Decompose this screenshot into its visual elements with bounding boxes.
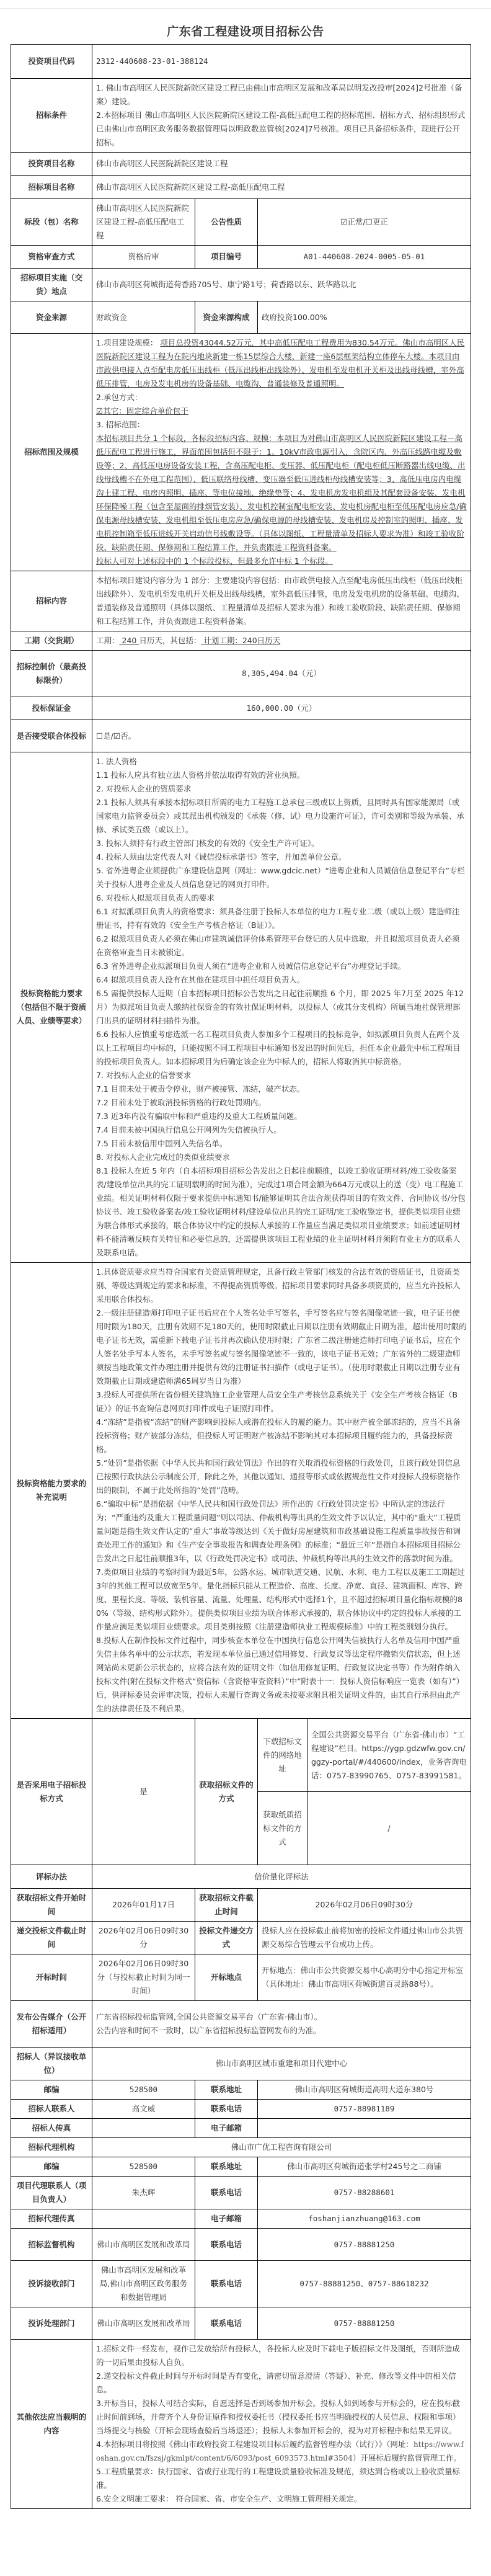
label-complaint-handle-phone: 联系电话 <box>195 2307 258 2340</box>
value-submit-deadline: 2026年02月06日09时30分 <box>92 1922 195 1954</box>
row-submit: 递交投标文件截止时间 2026年02月06日09时30分 投标文件递交方式 投标… <box>11 1922 471 1954</box>
media-line: 广东省招标投标监管网,全国公共资源交易平台（广东省·佛山市）。 <box>96 2010 467 2024</box>
value-period: 工期： 240 日历天，其包括： 计划工期：240日历天 <box>92 631 471 651</box>
label-section: 标段（包）名称 <box>11 199 92 246</box>
supp-line: 6.“骗取中标”是指依据《中华人民共和国行政处罚法》所作出的《行政处罚决定书》中… <box>96 1497 467 1566</box>
label-funding-composition: 资金来源构成 <box>195 301 258 334</box>
req-line: 5. 省外进粤企业须提供广东建设信息网（网址：www.gdcic.net）“进粤… <box>96 864 467 891</box>
label-agency: 招标代理机构 <box>11 2138 92 2157</box>
req-line: 7.1 目前未处于被责令停业，财产被接管、冻结，破产状态。 <box>96 1082 467 1096</box>
other-line-4: 4.本招标项目将按照《佛山市政府投资工程建设项目标后履约监督管理办法（试行）》（… <box>96 2438 467 2465</box>
label-supervision: 招标监督机构 <box>11 2229 92 2261</box>
row-tender-name: 招标项目名称 佛山市高明区人民医院新院区建设工程-高低压配电工程 <box>11 176 471 199</box>
label-media: 发布公告媒介（公开招标适用） <box>11 2001 92 2048</box>
scope-range-text: 本招标项目共分 1 个标段，各标段招标内容、规模：本项目为对佛山市高明区人民医院… <box>96 432 467 555</box>
label-funding: 资金来源 <box>11 301 92 334</box>
supp-line: 3.投标人可提供所在省份相关建筑施工企业管理人员安全生产考核信息系统关于《安全生… <box>96 1388 467 1415</box>
row-complaint-handle: 投诉处理部门 佛山市高明区发展和改革局 联系电话 0757-88881250 <box>11 2307 471 2340</box>
label-complaint-receive-phone: 联系电话 <box>195 2261 258 2307</box>
label-qualification: 资格审查方式 <box>11 246 92 269</box>
value-tenderer-phone: 0757-88981189 <box>258 2100 471 2119</box>
row-tenderer-person: 招标人联系人 高文威 联系电话 0757-88981189 <box>11 2100 471 2119</box>
value-tender-name: 佛山市高明区人民医院新院区建设工程-高低压配电工程 <box>92 176 471 199</box>
label-agency-person: 项目代理联系人（项目负责人） <box>11 2177 92 2209</box>
value-paper-method: / <box>307 1792 471 1865</box>
req-line: 1.1 投标人应具有独立法人资格并依法取得有效的营业执照。 <box>96 769 467 782</box>
value-tenderer-fax <box>92 2119 195 2138</box>
row-obtain-time: 获取招标文件开始时间 2026年01月17日 获取招标文件截止时间 2026年0… <box>11 1889 471 1922</box>
scope-scale-prefix: 1.项目建设规模： <box>96 338 160 347</box>
value-agency: 佛山市广优工程咨询有限公司 <box>92 2138 471 2157</box>
row-supplement: 投标资格能力要求的补充说明 1.具体资质要求应当符合国家有关资质管理规定，具备行… <box>11 1263 471 1719</box>
value-control-price: 8,305,494.04（元） <box>92 651 471 697</box>
value-agency-person: 朱杰辉 <box>92 2177 195 2209</box>
row-deposit: 投标保证金 160,000.00（元） <box>11 697 471 720</box>
other-line-4-suffix: ）开展标后履约监督管理工作。 <box>353 2453 461 2462</box>
row-qualification: 资格审查方式 资格后审 项目编号 A01-440608-2024-0005-05… <box>11 246 471 269</box>
label-opening-place: 开标地点 <box>195 1954 258 2001</box>
req-line: 2.1 投标人须具有承接本招标项目所需的电力工程施工总承包三级或以上资质，且同时… <box>96 796 467 837</box>
other-line: 3.开标当日，投标人可结合实际，自愿选择是否到场参加开标会。投标人如到场参与开标… <box>96 2397 467 2438</box>
top-bar <box>0 0 491 9</box>
value-nature: ☑正常/☐更正 <box>258 199 471 246</box>
other-line: 6.安全文明施工要求： 符合国家、省、市安全生产、文明施工管理相关规定。 <box>96 2492 467 2506</box>
label-conditions: 招标条件 <box>11 79 92 153</box>
label-control-price: 招标控制价（最高投标限价） <box>11 651 92 697</box>
value-project-code: A01-440608-2024-0005-05-01 <box>258 246 471 269</box>
value-opening-place: 开标地点：佛山市公共资源交易中心高明分中心指定开标室（具体地址：佛山市高明区荷城… <box>258 1954 471 2001</box>
value-complaint-handle: 佛山市高明区发展和改革局 <box>92 2307 195 2340</box>
value-investment-code: 2312-440608-23-01-388124 <box>92 45 471 79</box>
row-tenderer-fax: 招标人传真 电子邮箱 <box>11 2119 471 2138</box>
row-agency-fax: 招标代理传真 电子邮箱 foshanjianzhuang@163.com <box>11 2209 471 2229</box>
label-paper-method: 获取纸质招标文件的方式 <box>258 1792 307 1865</box>
value-tenderer-person: 高文威 <box>92 2100 195 2119</box>
req-line: 4. 投标人须由法定代表人对《诚信投标承诺书》签字，并加盖单位公章。 <box>96 850 467 864</box>
label-investment-name: 投资项目名称 <box>11 153 92 176</box>
supp-line: 2.一级注册建造师打印电子证书后应在个人签名处手写签名，手写签名应与签名图像笔迹… <box>96 1306 467 1388</box>
value-scope: 1.项目建设规模： 项目总投资43044.52万元，其中高低压配电工程费用为83… <box>92 334 471 571</box>
req-line: 6.2 拟派项目负责人必须在佛山市建筑诚信评价体系管理平台登记的人员中选取，并且… <box>96 932 467 960</box>
supp-line: 4.“冻结”是指被“冻结”的财产影响到投标人或潜在投标人的履约能力。其中财产被全… <box>96 1415 467 1456</box>
req-line: 7.3 近3年内没有骗取中标和严重违约及重大工程质量问题。 <box>96 1110 467 1123</box>
label-tenderer-fax: 招标人传真 <box>11 2119 92 2138</box>
value-supervision-phone: 0757-88881250 <box>258 2229 471 2261</box>
label-project-code: 项目编号 <box>195 246 258 269</box>
row-scope: 招标范围及规模 1.项目建设规模： 项目总投资43044.52万元，其中高低压配… <box>11 334 471 571</box>
req-line: 7. 对投标人企业的信誉要求 <box>96 1069 467 1082</box>
notice-table: 投资项目代码 2312-440608-23-01-388124 招标条件 1. … <box>11 44 471 2509</box>
row-electronic-download: 是否采用电子招标投标方式 是 获取招标文件的方式 下载招标文件的网络地址 全国公… <box>11 1719 471 1792</box>
value-download-address[interactable]: 全国公共资源交易平台（广东省·佛山市）“工程建设”栏目。https://ygp.… <box>307 1719 471 1792</box>
value-funding: 财政资金 <box>92 301 195 334</box>
page-title: 广东省工程建设项目招标公告 <box>0 22 491 39</box>
req-line: 6.5 需提供投标人近期（自本招标项目招标公告发出之日起往前顺推 6 个月，即 … <box>96 987 467 1028</box>
label-scope: 招标范围及规模 <box>11 334 92 571</box>
row-agency: 招标代理机构 佛山市广优工程咨询有限公司 <box>11 2138 471 2157</box>
media-line: 公告内容和时间不一致时，以广东省招标投标监管网发布的为准。 <box>96 2024 467 2038</box>
label-supervision-phone: 联系电话 <box>195 2229 258 2261</box>
label-nature: 公告性质 <box>195 199 258 246</box>
condition-line: 2.本招标项目 佛山市高明区人民医院新院区建设工程-高低压配电工程的招标范围、招… <box>96 109 467 149</box>
row-opening: 开标时间 2026年02月06日09时30分（与投标截止时间为同一时间） 开标地… <box>11 1954 471 2001</box>
label-agency-phone: 联系电话 <box>195 2177 258 2209</box>
req-line: 7.5 目前未被信用中国列入失信名单。 <box>96 1137 467 1151</box>
value-agency-phone: 0757-88288601 <box>258 2177 471 2209</box>
value-conditions: 1. 佛山市高明区人民医院新院区建设工程已由佛山市高明区发展和改革局以明发改投审… <box>92 79 471 153</box>
label-submit-method: 投标文件递交方式 <box>195 1922 258 1954</box>
value-location: 佛山市高明区荷城街道荷香路705号、康宁路1号；荷香路以东、跃华路以北 <box>92 269 471 301</box>
scope-scale: 1.项目建设规模： 项目总投资43044.52万元，其中高低压配电工程费用为83… <box>96 336 467 391</box>
label-investment-code: 投资项目代码 <box>11 45 92 79</box>
req-line: 7.2 目前未处于被取消投标资格的行政处罚期内。 <box>96 1096 467 1110</box>
label-agency-address: 联系地址 <box>195 2157 258 2177</box>
value-tenderer-postcode: 528500 <box>92 2080 195 2100</box>
value-complaint-receive: 佛山市高明区发展和改革局,佛山市高明区政务服务和数据管理局 <box>92 2261 195 2307</box>
value-complaint-receive-phone: 0757-88881250、0757-88618232 <box>258 2261 471 2307</box>
scope-limit-text: 投标人可对上述标段中的 1 个标段投标，但最多允许中标 1 个标段。 <box>96 555 467 568</box>
label-content: 招标内容 <box>11 571 92 631</box>
value-deposit: 160,000.00（元） <box>92 697 471 720</box>
label-obtain-start: 获取招标文件开始时间 <box>11 1889 92 1922</box>
value-other: 1.招标文件一经发布，视作已发放给所有投标人，各投标人应及时下载电子版招标文件及… <box>92 2340 471 2509</box>
label-tenderer: 招标人（异议接收单位） <box>11 2048 92 2080</box>
label-tenderer-phone: 联系电话 <box>195 2100 258 2119</box>
label-tenderer-postcode: 邮编 <box>11 2080 92 2100</box>
condition-line: 1. 佛山市高明区人民医院新院区建设工程已由佛山市高明区发展和改革局以明发改投审… <box>96 81 467 109</box>
req-line: 2. 对投标人企业的资质要求 <box>96 782 467 796</box>
label-download-address: 下载招标文件的网络地址 <box>258 1719 307 1792</box>
bottom-spacer <box>0 2509 491 2534</box>
value-opening-time: 2026年02月06日09时30分（与投标截止时间为同一时间） <box>92 1954 195 2001</box>
value-obtain-end: 2026年02月06日09时30分 <box>258 1889 471 1922</box>
label-tender-name: 招标项目名称 <box>11 176 92 199</box>
req-line: 8. 对投标人企业完成过的类似业绩要求 <box>96 1151 467 1164</box>
value-consortium: ☐是/☑否。 <box>92 720 471 752</box>
other-line: 1.招标文件一经发布，视作已发放给所有投标人，各投标人应及时下载电子版招标文件及… <box>96 2342 467 2369</box>
row-complaint-receive: 投诉接收部门 佛山市高明区发展和改革局,佛山市高明区政务服务和数据管理局 联系电… <box>11 2261 471 2307</box>
label-other: 其他依法应当载明的内容 <box>11 2340 92 2509</box>
row-supervision: 招标监督机构 佛山市高明区发展和改革局 联系电话 0757-88881250 <box>11 2229 471 2261</box>
value-tenderer: 佛山市高明区城市重建和项目代建中心 <box>92 2048 471 2080</box>
label-complaint-handle: 投诉处理部门 <box>11 2307 92 2340</box>
label-obtain-method: 获取招标文件的方式 <box>195 1719 258 1865</box>
req-line: 3. 投标人须持有行政主管部门核发的有效的《安全生产许可证》。 <box>96 837 467 850</box>
req-line: 1. 法人资格 <box>96 755 467 769</box>
label-agency-email: 电子邮箱 <box>195 2209 258 2229</box>
other-line: 5.工程质量要求：执行国家、省或行业现行的工程建设质量验收标准及规范，须达到合格… <box>96 2465 467 2492</box>
supp-line: 5.“处罚”是指依据《中华人民共和国行政处罚法》作出的有关取消投标资格的行政处罚… <box>96 1456 467 1497</box>
row-location: 招标项目实施（交货）地点 佛山市高明区荷城街道荷香路705号、康宁路1号；荷香路… <box>11 269 471 301</box>
req-line: 7.4 目前未被中国执行信息公开网列为失信被执行人。 <box>96 1123 467 1137</box>
value-agency-email[interactable]: foshanjianzhuang@163.com <box>258 2209 471 2229</box>
period-detail: 计划工期：240日历天 <box>201 636 280 645</box>
row-tenderer-postcode: 邮编 528500 联系地址 佛山市高明区荷城街道高明大道东380号 <box>11 2080 471 2100</box>
req-line: 6.4 拟派项目负责人没有在其他在建项目中担任项目负责人。 <box>96 973 467 987</box>
label-complaint-receive: 投诉接收部门 <box>11 2261 92 2307</box>
value-tenderer-address: 佛山市高明区荷城街道高明大道东380号 <box>258 2080 471 2100</box>
value-agency-postcode: 528500 <box>92 2157 195 2177</box>
value-supplement: 1.具体资质要求应当符合国家有关资质管理规定，具备行政主管部门核发的合法有效的资… <box>92 1263 471 1719</box>
label-electronic: 是否采用电子招标投标方式 <box>11 1719 92 1865</box>
period-days: 240 <box>120 636 139 645</box>
value-media: 广东省招标投标监管网,全国公共资源交易平台（广东省·佛山市）。 公告内容和时间不… <box>92 2001 471 2048</box>
req-line: 6.6 投标人应慎重考虑选派一名工程项目负责人参加多个工程项目的投标竞争，如拟派… <box>96 1028 467 1069</box>
value-agency-address: 佛山市高明区荷城街道张学村245号之二商铺 <box>258 2157 471 2177</box>
req-line: 8.1 投标人在近 5 年内（自本招标项目招标公告发出之日起往前顺推，以竣工验收… <box>96 1164 467 1260</box>
scope-contract-value: ☑其它：固定综合单价包干 <box>96 404 467 418</box>
label-tenderer-person: 招标人联系人 <box>11 2100 92 2119</box>
value-requirements: 1. 法人资格 1.1 投标人应具有独立法人资格并依法取得有效的营业执照。 2.… <box>92 752 471 1263</box>
row-other: 其他依法应当载明的内容 1.招标文件一经发布，视作已发放给所有投标人，各投标人应… <box>11 2340 471 2509</box>
value-evaluation: 信价量化评标法 <box>92 1865 471 1889</box>
label-period: 工期（交货期） <box>11 631 92 651</box>
req-line: 6. 对投标人拟派项目负责人的要求 <box>96 891 467 905</box>
label-opening-time: 开标时间 <box>11 1954 92 2001</box>
supp-line: 7.类似项目业绩的考察时间为最近5年，公路水运、城市轨道交通、民航、水利、电力工… <box>96 1566 467 1634</box>
row-evaluation: 评标办法 信价量化评标法 <box>11 1865 471 1889</box>
supp-line: 1.具体资质要求应当符合国家有关资质管理规定，具备行政主管部门核发的合法有效的资… <box>96 1265 467 1306</box>
label-consortium: 是否接受联合体投标 <box>11 720 92 752</box>
row-section: 标段（包）名称 佛山市高明区人民医院新院区建设工程-高低压配电工程 公告性质 ☑… <box>11 199 471 246</box>
row-media: 发布公告媒介（公开招标适用） 广东省招标投标监管网,全国公共资源交易平台（广东省… <box>11 2001 471 2048</box>
label-evaluation: 评标办法 <box>11 1865 92 1889</box>
label-agency-fax: 招标代理传真 <box>11 2209 92 2229</box>
label-tenderer-address: 联系地址 <box>195 2080 258 2100</box>
scope-range-label: 3. 招标范围： <box>96 418 467 432</box>
row-tenderer: 招标人（异议接收单位） 佛山市高明区城市重建和项目代建中心 <box>11 2048 471 2080</box>
label-supplement: 投标资格能力要求的补充说明 <box>11 1263 92 1719</box>
label-tenderer-email: 电子邮箱 <box>195 2119 258 2138</box>
label-location: 招标项目实施（交货）地点 <box>11 269 92 301</box>
period-middle: 日历天，其包括： <box>139 636 201 645</box>
label-deposit: 投标保证金 <box>11 697 92 720</box>
value-electronic: 是 <box>92 1719 195 1865</box>
value-supervision: 佛山市高明区发展和改革局 <box>92 2229 195 2261</box>
value-submit-method: 投标人应在投标截止前将加密的投标文件通过佛山市公共资源交易综合管理云平台成功上传… <box>258 1922 471 1954</box>
value-obtain-start: 2026年01月17日 <box>92 1889 195 1922</box>
value-agency-fax <box>92 2209 195 2229</box>
label-requirements: 投标资格能力要求（包括但不限于资质人员、业绩等要求） <box>11 752 92 1263</box>
scope-contract-label: 2.承包方式： <box>96 391 467 404</box>
value-content: 本招标项目建设内容分为 1 部分：主要建设内容包括：由市政供电接入点至配电房低压… <box>92 571 471 631</box>
value-qualification: 资格后审 <box>92 246 195 269</box>
row-period: 工期（交货期） 工期： 240 日历天，其包括： 计划工期：240日历天 <box>11 631 471 651</box>
other-line: 2.递交投标文件截止时间与开标时间是否有变化，请密切留意澄清（答疑）、补充、修改… <box>96 2369 467 2397</box>
value-section: 佛山市高明区人民医院新院区建设工程-高低压配电工程 <box>92 199 195 246</box>
label-agency-postcode: 邮编 <box>11 2157 92 2177</box>
row-conditions: 招标条件 1. 佛山市高明区人民医院新院区建设工程已由佛山市高明区发展和改革局以… <box>11 79 471 153</box>
row-agency-person: 项目代理联系人（项目负责人） 朱杰辉 联系电话 0757-88288601 <box>11 2177 471 2209</box>
value-tenderer-email <box>258 2119 471 2138</box>
label-submit-deadline: 递交投标文件截止时间 <box>11 1922 92 1954</box>
row-agency-postcode: 邮编 528500 联系地址 佛山市高明区荷城街道张学村245号之二商铺 <box>11 2157 471 2177</box>
value-investment-name: 佛山市高明区人民医院新院区建设工程 <box>92 153 471 176</box>
other-line-4-prefix: 4.本招标项目将按照《佛山市政府投资工程建设项目标后履约监督管理办法（试行）》（… <box>96 2440 414 2449</box>
period-prefix: 工期： <box>96 636 120 645</box>
value-complaint-handle-phone: 0757-88881250 <box>258 2307 471 2340</box>
row-investment-code: 投资项目代码 2312-440608-23-01-388124 <box>11 45 471 79</box>
row-consortium: 是否接受联合体投标 ☐是/☑否。 <box>11 720 471 752</box>
row-content: 招标内容 本招标项目建设内容分为 1 部分：主要建设内容包括：由市政供电接入点至… <box>11 571 471 631</box>
row-control-price: 招标控制价（最高投标限价） 8,305,494.04（元） <box>11 651 471 697</box>
req-line: 6.1 对拟派项目负责人的资格要求：须具备注册于投标人本单位的电力工程专业二级（… <box>96 905 467 932</box>
req-line: 6.3 省外进粤企业拟派项目负责人须在“进粤企业和人员诚信信息登记平台”办理登记… <box>96 960 467 973</box>
label-obtain-end: 获取招标文件截止时间 <box>195 1889 258 1922</box>
row-funding: 资金来源 财政资金 资金来源构成 政府投资100.00% <box>11 301 471 334</box>
value-funding-composition: 政府投资100.00% <box>258 301 471 334</box>
supp-line: 8.投标人在制作投标文件过程中，同步核查本单位在中国执行信息公开网失信被执行人名… <box>96 1634 467 1716</box>
row-investment-name: 投资项目名称 佛山市高明区人民医院新院区建设工程 <box>11 153 471 176</box>
row-requirements: 投标资格能力要求（包括但不限于资质人员、业绩等要求） 1. 法人资格 1.1 投… <box>11 752 471 1263</box>
